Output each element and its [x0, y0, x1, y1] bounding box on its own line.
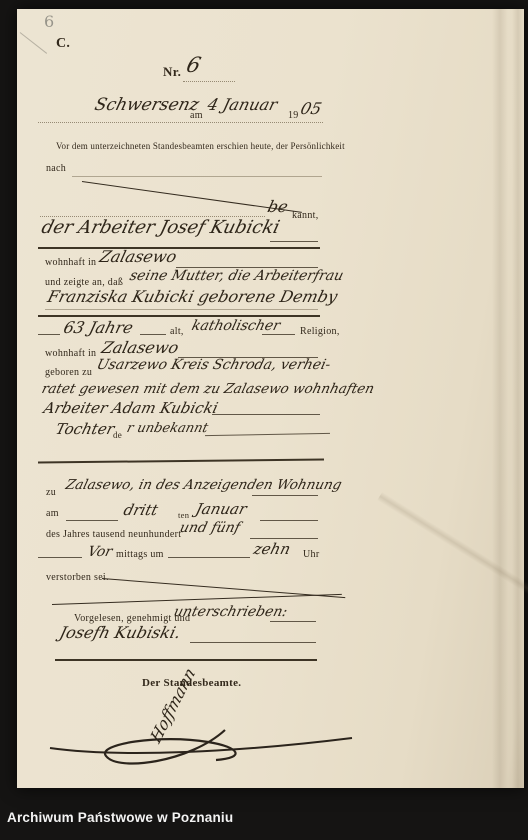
age-prefix-line [38, 334, 60, 335]
time-unit-label: Uhr [303, 549, 319, 560]
dateline-day-month: 4 Januar [206, 95, 280, 114]
bekannt-printed: kannt, [292, 210, 319, 221]
nach-blank-line [72, 176, 322, 177]
nach-label: nach [46, 163, 66, 174]
section-rule-1 [38, 247, 320, 249]
dateline-rule [38, 122, 323, 123]
time-prefix-hand: Vor [86, 544, 114, 560]
dateline-place: Schwersenz [93, 95, 202, 115]
year-hand-value: und fünf [178, 520, 242, 536]
section-rule-2 [38, 315, 320, 317]
death-date-prefix-line [66, 520, 118, 521]
parentage-printed: de [113, 430, 122, 440]
time-gap-line [168, 557, 250, 558]
record-number-label: Nr. [163, 64, 181, 80]
signature-line [190, 642, 316, 643]
spouse-line [212, 414, 320, 415]
alt-label: alt, [170, 326, 184, 337]
paper-crease-vertical [492, 9, 508, 788]
closing-line [270, 621, 316, 622]
religion-label: Religion, [300, 326, 340, 337]
residence2-value: Zalasewo [100, 338, 181, 357]
paper-edge-shadow [512, 9, 524, 788]
born-label: geboren zu [45, 367, 92, 378]
time-value-hand: zehn [252, 540, 293, 558]
death-date-suffix-line [260, 520, 318, 521]
born-value: Usarzewo Kreis Schroda, verhei- [95, 357, 332, 373]
age-gap-line [140, 334, 166, 335]
intro-text: Vor dem unterzeichneten Standesbeamten e… [56, 141, 345, 151]
archive-scan-page: { "watermark": { "text": "Archiwum Państ… [0, 0, 528, 840]
report-hand: seine Mutter, die Arbeiterfrau [128, 268, 345, 284]
deceased-name: Franziska Kubicki geborene Demby [46, 287, 340, 306]
dateline-am-label: am [190, 110, 203, 121]
deceased-line [45, 309, 318, 310]
form-letter: C. [56, 36, 70, 52]
pencil-archive-number: 6 [44, 12, 54, 31]
religion-gap-line [262, 334, 295, 335]
death-day-hand: dritt [122, 501, 160, 519]
death-place-line [252, 495, 318, 496]
religion-value: katholischer [190, 318, 282, 334]
death-place-value: Zalasewo, in des Anzeigenden Wohnung [64, 477, 343, 493]
parentage-hand-2: r unbekannt [125, 421, 209, 436]
declarant-signature: Josefh Kubiski. [58, 623, 183, 642]
death-place-label: zu [46, 487, 56, 498]
year-printed-label: des Jahres tausend neunhundert [46, 529, 181, 540]
age-value: 63 Jahre [62, 318, 136, 337]
time-prefix-line [38, 557, 82, 558]
died-label: verstorben sei. [46, 572, 109, 583]
section-rule-4 [55, 659, 317, 661]
declarant-line [270, 241, 318, 242]
year-line [250, 538, 318, 539]
residence2-label: wohnhaft in [45, 348, 96, 359]
death-day-suffix: ten [178, 510, 189, 520]
declarant-name: der Arbeiter Josef Kubicki [39, 217, 281, 238]
dateline-year-printed: 19 [288, 110, 299, 121]
signature-flourish [40, 700, 360, 770]
residence1-label: wohnhaft in [45, 257, 96, 268]
time-label: mittags um [116, 549, 164, 560]
parentage-hand-1: Tochter [54, 420, 117, 438]
spouse-name: Arbeiter Adam Kubicki [42, 399, 220, 417]
closing-hand: unterschrieben: [172, 604, 289, 620]
marital-line: ratet gewesen mit dem zu Zalasewo wohnha… [40, 381, 376, 397]
archive-watermark: Archiwum Państwowe w Poznaniu [7, 810, 233, 825]
record-number-line [183, 81, 235, 82]
death-month-hand: Januar [194, 500, 249, 518]
residence1-value: Zalasewo [98, 247, 179, 266]
death-date-label: am [46, 508, 59, 519]
